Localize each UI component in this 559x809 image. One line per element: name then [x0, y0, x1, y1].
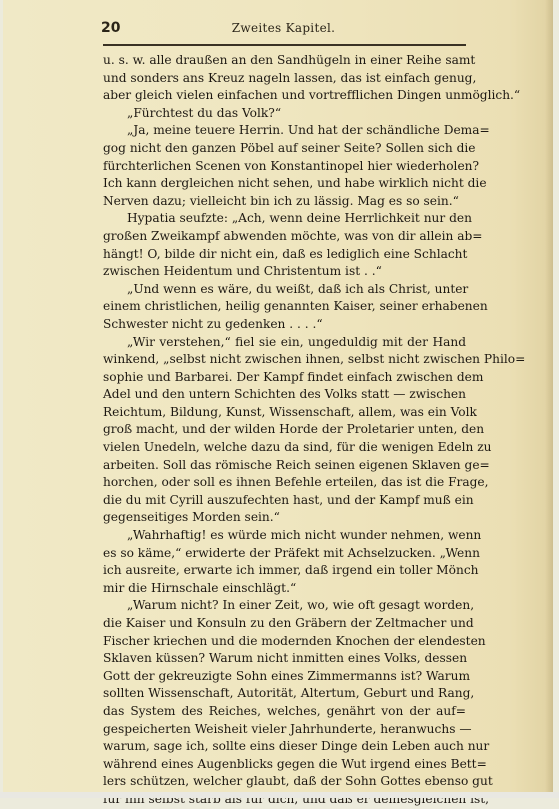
text-line: horchen, oder soll es ihnen Befehle erte… — [103, 474, 466, 492]
text-line: lers schützen, welcher glaubt, daß der S… — [103, 773, 466, 791]
header-rule — [103, 44, 466, 46]
running-head: Zweites Kapitel. — [101, 21, 466, 35]
text-line: „Ja, meine teuere Herrin. Und hat der sc… — [103, 122, 466, 140]
text-line: die Kaiser und Konsuln zu den Gräbern de… — [103, 615, 466, 633]
text-line: gespeicherten Weisheit vieler Jahrhunder… — [103, 721, 466, 739]
text-line: arbeiten. Soll das römische Reich seinen… — [103, 457, 466, 475]
text-line: vielen Unedeln, welche dazu da sind, für… — [103, 439, 466, 457]
text-line: fürchterlichen Scenen von Konstantinopel… — [103, 158, 466, 176]
text-line: warum, sage ich, sollte eins dieser Ding… — [103, 738, 466, 756]
book-page: 20 Zweites Kapitel. u. s. w. alle drauße… — [3, 0, 553, 792]
text-line: Nerven dazu; vielleicht bin ich zu lässi… — [103, 193, 466, 211]
text-line: Sklaven küssen? Warum nicht inmitten ein… — [103, 650, 466, 668]
text-line: während eines Augenblicks gegen die Wut … — [103, 756, 466, 774]
text-line: die du mit Cyrill auszufechten hast, und… — [103, 492, 466, 510]
text-line: Fischer kriechen und die modernden Knoch… — [103, 633, 466, 651]
text-line: „Und wenn es wäre, du weißt, daß ich als… — [103, 281, 466, 299]
page-edge-shadow — [545, 0, 553, 792]
text-line: gog nicht den ganzen Pöbel auf seiner Se… — [103, 140, 466, 158]
text-line: Gott der gekreuzigte Sohn eines Zimmerma… — [103, 668, 466, 686]
text-line: u. s. w. alle draußen an den Sandhügeln … — [103, 52, 466, 70]
text-line: großen Zweikampf abwenden möchte, was vo… — [103, 228, 466, 246]
text-line: ich ausreite, erwarte ich immer, daß irg… — [103, 562, 466, 580]
text-line: Reichtum, Bildung, Kunst, Wissenschaft, … — [103, 404, 466, 422]
text-line: es so käme,“ erwiderte der Präfekt mit A… — [103, 545, 466, 563]
text-line: zwischen Heidentum und Christentum ist .… — [103, 263, 466, 281]
text-line: Hypatia seufzte: „Ach, wenn deine Herrli… — [103, 210, 466, 228]
text-line: und sonders ans Kreuz nageln lassen, das… — [103, 70, 466, 88]
text-line: hängt! O, bilde dir nicht ein, daß es le… — [103, 246, 466, 264]
text-line: Adel und den untern Schichten des Volks … — [103, 386, 466, 404]
text-line: mir die Hirnschale einschlägt.“ — [103, 580, 466, 598]
text-line: „Wir verstehen,“ fiel sie ein, ungeduldi… — [103, 334, 466, 352]
text-line: gegenseitiges Morden sein.“ — [103, 509, 466, 527]
text-line: Schwester nicht zu gedenken . . . .“ — [103, 316, 466, 334]
text-line: Ich kann dergleichen nicht sehen, und ha… — [103, 175, 466, 193]
text-line: aber gleich vielen einfachen und vortref… — [103, 87, 466, 105]
bottom-margin — [0, 792, 559, 798]
text-line: sollten Wissenschaft, Autorität, Altertu… — [103, 685, 466, 703]
text-line: winkend, „selbst nicht zwischen ihnen, s… — [103, 351, 466, 369]
text-line: „Fürchtest du das Volk?“ — [103, 105, 466, 123]
text-line: „Wahrhaftig! es würde mich nicht wunder … — [103, 527, 466, 545]
text-line: sophie und Barbarei. Der Kampf findet ei… — [103, 369, 466, 387]
text-line: das System des Reiches, welches, genährt… — [103, 703, 466, 721]
text-line: einem christlichen, heilig genannten Kai… — [103, 298, 466, 316]
text-line: groß macht, und der wilden Horde der Pro… — [103, 421, 466, 439]
page-header: 20 Zweites Kapitel. — [101, 20, 466, 38]
body-text: u. s. w. alle draußen an den Sandhügeln … — [103, 52, 466, 798]
text-line: „Warum nicht? In einer Zeit, wo, wie oft… — [103, 597, 466, 615]
